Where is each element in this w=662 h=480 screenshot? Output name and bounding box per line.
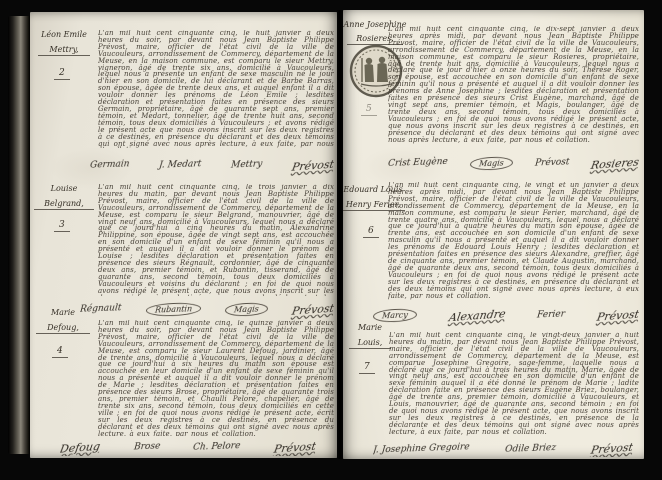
act-number: 2 [54,68,70,80]
act-number: 6 [363,226,379,238]
margin-name: Marie [32,308,94,317]
signature-row: DefougBroseCh. PelorePrévost [60,438,316,456]
signature: Ferier [537,309,566,320]
signature: Prévost [534,157,569,168]
act-text: L'an mil huit cent cinquante cinq, le qu… [98,320,334,436]
margin-name: Louise [32,184,96,193]
signature: Prévost [291,301,334,317]
signature: Magis [224,302,268,317]
margin-name: Defoug, [36,323,90,334]
act-text: L'an mil huit cent cinquante cinq, le vi… [389,332,639,438]
signature: Germain [90,159,130,170]
signature-row: J. Josephine GregoireOdile BriezPrévost [373,440,633,457]
signature: Alexandre [448,306,507,323]
signature: Prévost [273,439,316,455]
signature: Prévost [590,440,633,456]
signature: Odile Briez [504,443,556,455]
act-text: L'an mil huit cent cinquante cinq, le vi… [388,182,639,300]
scan-photo: { "document_type": "Registre d'état civi… [0,0,662,480]
signature: Rubantin [145,302,201,317]
right-page: Anne Josephine Rosieres, 5 L'an mil huit… [343,10,644,459]
act-number: 7 [359,362,375,374]
signature: Ch. Pelore [193,441,241,453]
margin-name: Marie [345,323,395,332]
page-stack-edge [8,16,30,454]
act-text: L'an mil huit cent cinquante cinq, le di… [388,26,639,146]
signature: Crist Eugène [388,157,448,169]
signature-row: RégnaultRubantinMagisPrévost [80,298,334,320]
signature-row: Crist EugèneMagisPrévostRosieres [388,150,639,176]
signature: J. Josephine Gregoire [373,442,470,455]
signature: Rosieres [590,155,639,172]
signature: Mettry [231,159,263,170]
left-page: Léon Emile Mettry, 2 L'an mil huit cent … [30,12,337,458]
act-number: 5 [361,104,377,116]
signature: Defoug [60,439,101,455]
signature: Magis [469,156,513,171]
margin-name: Belgrand, [34,199,94,210]
act-number: 3 [54,220,70,232]
act-number: 4 [52,346,68,358]
margin-name: Louis, [349,338,391,349]
signature-row: MarcyAlexandreFerierPrévost [373,302,639,328]
act-text: L'an mil huit cent cinquante cinq, le tr… [98,184,334,296]
margin-name: Léon Emile [32,30,96,39]
act-text: L'an mil huit cent cinquante cinq, le hu… [98,30,334,148]
signature-row: GermainJ. MedartMettryPrévost [90,150,334,180]
signature: Prévost [291,157,334,173]
margin-name: Mettry, [38,45,90,56]
signature: Marcy [373,308,417,323]
signature: Brose [133,442,160,453]
signature: Prévost [596,307,639,323]
signature: J. Medart [159,159,202,171]
